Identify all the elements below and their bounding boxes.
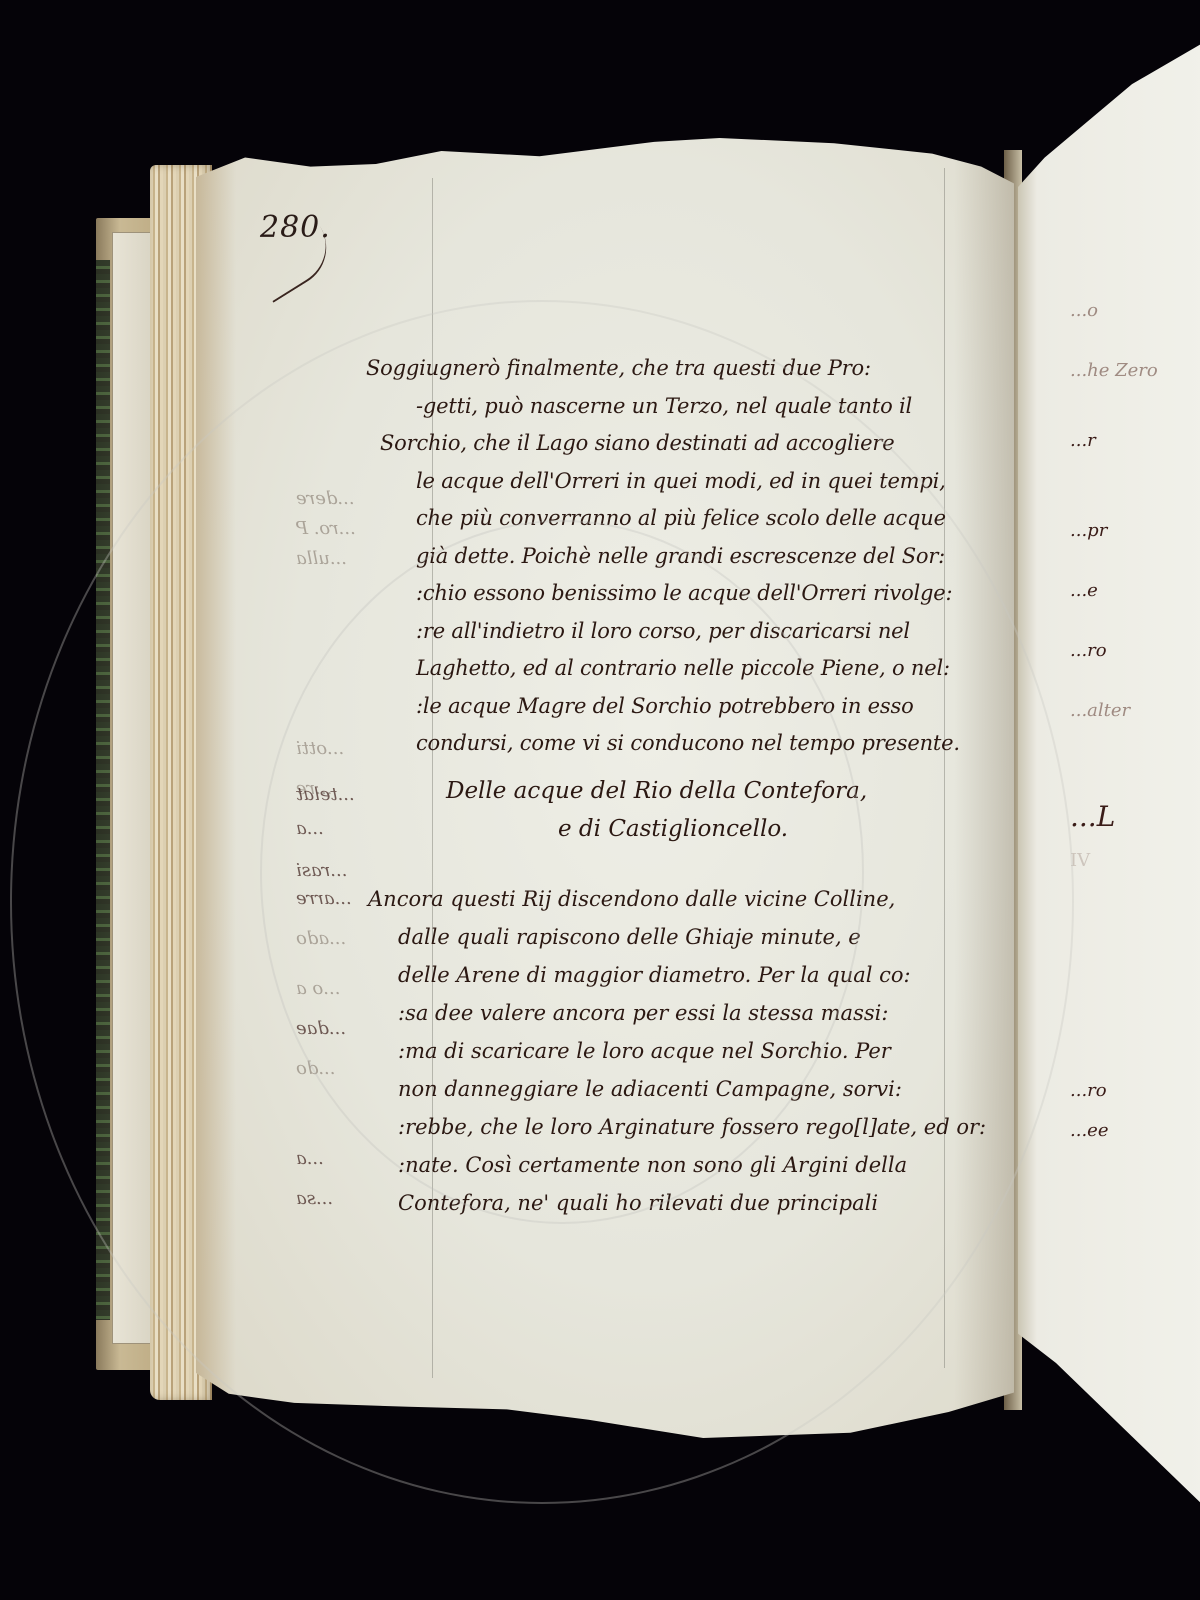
bleedthrough-text: ...ado bbox=[296, 928, 346, 949]
bleedthrough-text: ...a bbox=[296, 1148, 324, 1169]
text-line: condursi, come vi si conducono nel tempo… bbox=[366, 725, 966, 763]
bleedthrough-text: ...sa bbox=[296, 1188, 333, 1209]
text-line: :ma di scaricare le loro acque nel Sorch… bbox=[368, 1032, 968, 1070]
right-page-fragment: ...o bbox=[1070, 300, 1098, 321]
bleedthrough-text: ...ro. P bbox=[296, 518, 356, 539]
facing-page-right bbox=[1018, 40, 1200, 1510]
right-page-fragment: IV bbox=[1070, 850, 1090, 871]
text-line: :re all'indietro il loro corso, per disc… bbox=[366, 613, 966, 651]
text-line: Ancora questi Rij discendono dalle vicin… bbox=[368, 880, 968, 918]
bleedthrough-text: ...telat bbox=[296, 784, 355, 805]
right-page-fragment: ...e bbox=[1070, 580, 1098, 601]
paragraph-2: Ancora questi Rij discendono dalle vicin… bbox=[368, 880, 968, 1222]
bleedthrough-text: ...a bbox=[296, 818, 324, 839]
text-line: Contefora, ne' quali ho rilevati due pri… bbox=[368, 1184, 968, 1222]
right-page-fragment: ...ro bbox=[1070, 1080, 1107, 1101]
right-page-fragment: ...L bbox=[1070, 800, 1115, 833]
marbled-cover-edge bbox=[96, 260, 110, 1320]
bleedthrough-text: ...dae bbox=[296, 1018, 346, 1039]
text-line: :nate. Così certamente non sono gli Argi… bbox=[368, 1146, 968, 1184]
text-line: :chio essono benissimo le acque dell'Orr… bbox=[366, 575, 966, 613]
right-page-fragment: ...he Zero bbox=[1070, 360, 1158, 381]
text-line: dalle quali rapiscono delle Ghiaje minut… bbox=[368, 918, 968, 956]
text-line: non danneggiare le adiacenti Campagne, s… bbox=[368, 1070, 968, 1108]
right-page-fragment: ...r bbox=[1070, 430, 1096, 451]
text-line: già dette. Poichè nelle grandi escrescen… bbox=[366, 538, 966, 576]
bleedthrough-text: ...dere bbox=[296, 488, 355, 509]
bleedthrough-text: ...rasi bbox=[296, 860, 348, 881]
manuscript-page-left: 280. ...dere ...ro. P ...ulla ...otti ..… bbox=[196, 138, 1014, 1438]
bleedthrough-text: ...do bbox=[296, 1058, 336, 1079]
right-page-fragment: ...alter bbox=[1070, 700, 1130, 721]
right-page-fragment: ...ro bbox=[1070, 640, 1107, 661]
text-line: -getti, può nascerne un Terzo, nel quale… bbox=[366, 388, 966, 426]
text-line: :le acque Magre del Sorchio potrebbero i… bbox=[366, 688, 966, 726]
heading-line: e di Castiglioncello. bbox=[446, 810, 966, 848]
right-page-fragment: ...pr bbox=[1070, 520, 1107, 541]
bleedthrough-text: ...otti bbox=[296, 738, 344, 759]
heading-line: Delle acque del Rio della Contefora, bbox=[446, 772, 966, 810]
right-page-fragment: ...ee bbox=[1070, 1120, 1108, 1141]
manuscript-photo: ...o ...he Zero ...r ...pr ...e ...ro ..… bbox=[0, 0, 1200, 1600]
text-line: che più converranno al più felice scolo … bbox=[366, 500, 966, 538]
section-heading: Delle acque del Rio della Contefora, e d… bbox=[446, 772, 966, 848]
text-line: Laghetto, ed al contrario nelle piccole … bbox=[366, 650, 966, 688]
bleedthrough-text: ...o a bbox=[296, 978, 340, 999]
text-line: delle Arene di maggior diametro. Per la … bbox=[368, 956, 968, 994]
text-line: Soggiugnerò finalmente, che tra questi d… bbox=[366, 350, 966, 388]
text-line: le acque dell'Orreri in quei modi, ed in… bbox=[366, 463, 966, 501]
text-line: :sa dee valere ancora per essi la stessa… bbox=[368, 994, 968, 1032]
bleedthrough-text: ...ulla bbox=[296, 548, 347, 569]
bleedthrough-text: ...arre bbox=[296, 888, 352, 909]
paragraph-1: Soggiugnerò finalmente, che tra questi d… bbox=[366, 350, 966, 763]
text-line: :rebbe, che le loro Arginature fossero r… bbox=[368, 1108, 968, 1146]
text-line: Sorchio, che il Lago siano destinati ad … bbox=[366, 425, 966, 463]
